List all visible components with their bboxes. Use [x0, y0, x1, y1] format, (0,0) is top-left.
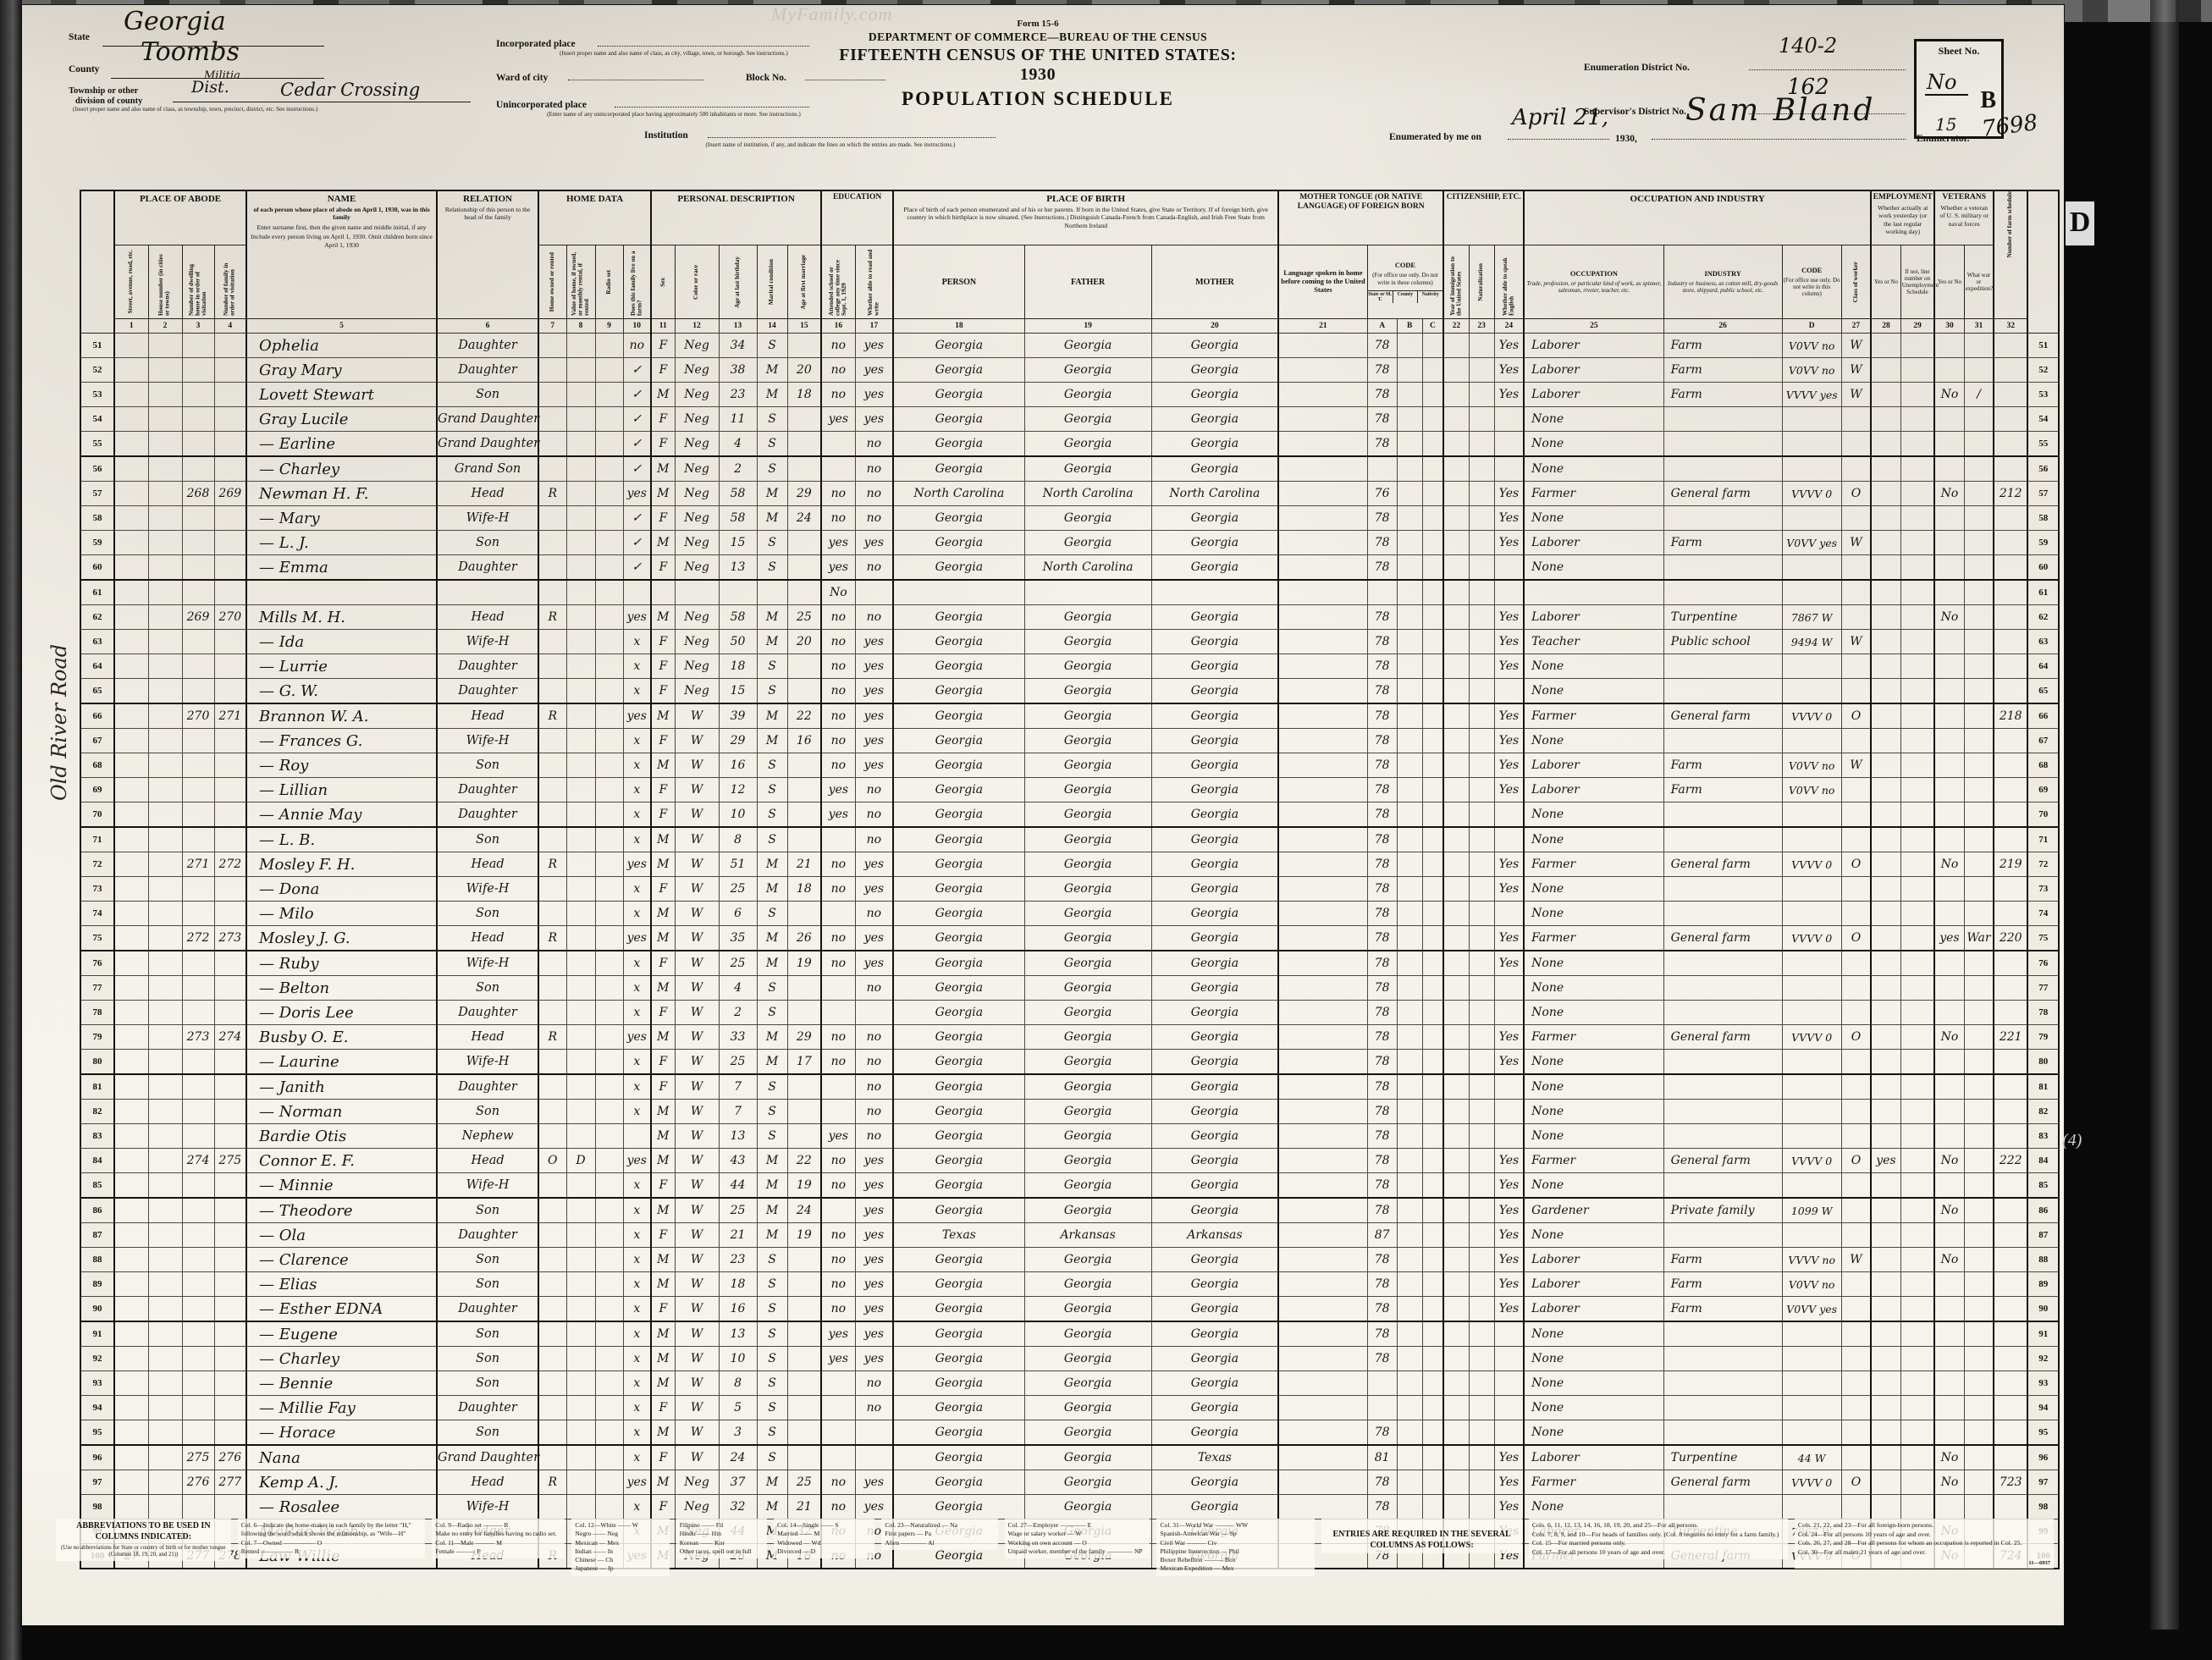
cell-yr — [1443, 902, 1469, 926]
footer-note-line: Hindu —— Hin — [680, 1530, 764, 1538]
cell-st — [114, 1321, 148, 1347]
line-number: 78 — [2027, 1001, 2059, 1025]
cell-fs: 220 — [1994, 926, 2027, 951]
cell-C — [1422, 1470, 1443, 1495]
cell-am — [787, 555, 821, 581]
cell-st — [114, 482, 148, 506]
stamp-number: 7698 — [1980, 110, 2038, 142]
cell-rd — [595, 778, 623, 802]
codeB-label: County — [1393, 290, 1418, 303]
cell-C — [1422, 1297, 1443, 1322]
cell-e1 — [1871, 1470, 1900, 1495]
col23-header: Naturalization — [1469, 245, 1494, 319]
cell-B — [1397, 605, 1422, 630]
cell-fs — [1994, 951, 2027, 976]
cell-v2 — [1964, 605, 1994, 630]
abbr-col-8: Col. 31—World War ——— WWSpanish-American… — [1156, 1519, 1315, 1576]
cell-e1 — [1871, 506, 1900, 531]
cell-e2 — [1900, 1272, 1934, 1297]
cell-fs — [1994, 1050, 2027, 1075]
cell-d — [182, 729, 214, 753]
cell-bp: Georgia — [893, 976, 1024, 1001]
cell-e1 — [1871, 902, 1900, 926]
column-number: B — [1397, 319, 1422, 334]
col2-header: House number (in cities or towns) — [148, 245, 182, 319]
cell-bf: Georgia — [1024, 827, 1151, 852]
cell-mr: S — [757, 1420, 787, 1446]
cell-d — [182, 1173, 214, 1199]
cell-na — [1469, 1124, 1494, 1149]
cell-rd — [595, 383, 623, 407]
cell-am: 25 — [787, 1470, 821, 1495]
cell-yr — [1443, 456, 1469, 482]
cell-cw — [1841, 1100, 1871, 1124]
group-place-of-abode: PLACE OF ABODE — [114, 190, 246, 245]
cell-v1 — [1934, 753, 1964, 778]
cell-d — [182, 334, 214, 358]
cell-oc: None — [1524, 802, 1663, 828]
cell-C — [1422, 1223, 1443, 1248]
cell-mr: S — [757, 334, 787, 358]
cell-bm: Georgia — [1151, 1074, 1278, 1100]
col22-header: Year of immigration to the United States — [1443, 245, 1469, 319]
cell-yr — [1443, 1025, 1469, 1050]
cell-d — [182, 654, 214, 679]
line-number: 91 — [80, 1321, 114, 1347]
line-number: 79 — [2027, 1025, 2059, 1050]
cell-en — [1494, 902, 1524, 926]
line-number: 58 — [80, 506, 114, 531]
cell-C — [1422, 555, 1443, 581]
cell-B — [1397, 334, 1422, 358]
cell-yr — [1443, 358, 1469, 383]
cell-rl: Head — [437, 1470, 538, 1495]
cell-sc: no — [821, 334, 855, 358]
cell-yr — [1443, 1445, 1469, 1470]
cell-f — [214, 753, 246, 778]
line-number: 79 — [80, 1025, 114, 1050]
cell-v2 — [1964, 753, 1994, 778]
schedule-row: 75272273Mosley J. G.HeadRyesMW35M26noyes… — [80, 926, 2059, 951]
schedule-row: 84274275Connor E. F.HeadODyesMW43M22noye… — [80, 1149, 2059, 1173]
cell-B — [1397, 456, 1422, 482]
cell-v2 — [1964, 1050, 1994, 1075]
cell-oc: None — [1524, 729, 1663, 753]
cell-rd — [595, 679, 623, 704]
column-number: C — [1422, 319, 1443, 334]
cell-bp: Georgia — [893, 334, 1024, 358]
cell-d: 268 — [182, 482, 214, 506]
cell-bf: Georgia — [1024, 334, 1151, 358]
census-sheet: MyFamily.com State Georgia County Toombs… — [22, 5, 2064, 1625]
line-col-header-right — [2027, 190, 2059, 334]
cell-e2 — [1900, 358, 1934, 383]
cell-am — [787, 580, 821, 605]
state-value: Georgia — [124, 7, 226, 36]
cell-cw: W — [1841, 531, 1871, 555]
cell-st — [114, 1001, 148, 1025]
cell-bf: Georgia — [1024, 654, 1151, 679]
cell-lg — [1278, 679, 1367, 704]
cell-sx: F — [651, 334, 675, 358]
cell-v1 — [1934, 703, 1964, 729]
cell-bf: Georgia — [1024, 877, 1151, 902]
cell-A: 78 — [1367, 1297, 1397, 1322]
cell-e2 — [1900, 703, 1934, 729]
cell-bf: Georgia — [1024, 407, 1151, 432]
footer-note-line: Col. 24—For all persons 10 years of age … — [1798, 1530, 2050, 1540]
cell-A: 81 — [1367, 1445, 1397, 1470]
cell-fs — [1994, 555, 2027, 581]
cell-mr: S — [757, 1100, 787, 1124]
cell-lg — [1278, 778, 1367, 802]
schedule-row: 88— ClarenceSonxMW23SnoyesGeorgiaGeorgia… — [80, 1248, 2059, 1272]
cell-rd — [595, 1025, 623, 1050]
cell-rw: yes — [855, 729, 893, 753]
cell-en — [1494, 1124, 1524, 1149]
cell-in: Farm — [1663, 1248, 1782, 1272]
cell-na — [1469, 334, 1494, 358]
line-number: 87 — [80, 1223, 114, 1248]
cell-bf: Georgia — [1024, 1149, 1151, 1173]
cell-vl — [566, 630, 595, 654]
cell-vl — [566, 902, 595, 926]
cell-D — [1782, 407, 1841, 432]
cell-rl: Grand Daughter — [437, 407, 538, 432]
cell-am: 24 — [787, 506, 821, 531]
cell-in — [1663, 1173, 1782, 1199]
cell-ag: 10 — [719, 1347, 757, 1371]
cell-C — [1422, 407, 1443, 432]
cell-bf: Georgia — [1024, 1198, 1151, 1223]
footer-note-line: Spanish-American War — Sp — [1160, 1530, 1311, 1538]
cell-oc: Gardener — [1524, 1198, 1663, 1223]
cell-na — [1469, 951, 1494, 976]
cell-am — [787, 432, 821, 457]
footer-note-line: Boxer Rebellion ——— Box — [1160, 1556, 1311, 1564]
cell-v2 — [1964, 703, 1994, 729]
cell-fs — [1994, 580, 2027, 605]
cell-hn — [148, 432, 182, 457]
cell-rl: Daughter — [437, 1396, 538, 1420]
cell-mr: S — [757, 976, 787, 1001]
cell-B — [1397, 1100, 1422, 1124]
cell-bm: Georgia — [1151, 926, 1278, 951]
cell-fs — [1994, 1371, 2027, 1396]
column-number: A — [1367, 319, 1397, 334]
cell-e1 — [1871, 1100, 1900, 1124]
census-title: FIFTEENTH CENSUS OF THE UNITED STATES: 1… — [826, 46, 1249, 85]
cell-A: 78 — [1367, 753, 1397, 778]
cell-vl — [566, 580, 595, 605]
cell-mr: S — [757, 902, 787, 926]
schedule-row: 58— MaryWife-H✓FNeg58M24nonoGeorgiaGeorg… — [80, 506, 2059, 531]
footer-note-line: Col. 15—For married persons only. — [1532, 1539, 1784, 1548]
cell-nm: — Esther EDNA — [246, 1297, 437, 1322]
cell-sc: no — [821, 383, 855, 407]
cell-sx: M — [651, 456, 675, 482]
cell-fm: yes — [623, 1149, 651, 1173]
line-number: 64 — [80, 654, 114, 679]
column-number: 16 — [821, 319, 855, 334]
cell-am — [787, 1371, 821, 1396]
cell-mr: S — [757, 432, 787, 457]
cell-f — [214, 1272, 246, 1297]
cell-lg — [1278, 729, 1367, 753]
cell-rl: Wife-H — [437, 951, 538, 976]
cell-lg — [1278, 1149, 1367, 1173]
cell-cl: W — [675, 827, 719, 852]
cell-st — [114, 1396, 148, 1420]
cell-oc: None — [1524, 1321, 1663, 1347]
cell-v2 — [1964, 1470, 1994, 1495]
state-label: State — [69, 32, 90, 42]
cell-e2 — [1900, 951, 1934, 976]
cell-ag: 35 — [719, 926, 757, 951]
cell-cl: Neg — [675, 555, 719, 581]
cell-e1 — [1871, 802, 1900, 828]
cell-rl: Daughter — [437, 778, 538, 802]
cell-lg — [1278, 1445, 1367, 1470]
cell-hn — [148, 456, 182, 482]
cell-hn — [148, 1248, 182, 1272]
cell-am: 21 — [787, 1495, 821, 1519]
column-number: 9 — [595, 319, 623, 334]
cell-A: 78 — [1367, 703, 1397, 729]
cell-e1 — [1871, 1445, 1900, 1470]
footer-note-line: Mexican Expedition — Mex — [1160, 1564, 1311, 1573]
footer-note-line: Other races, spell out in full — [680, 1547, 764, 1556]
line-number: 74 — [80, 902, 114, 926]
cell-cw — [1841, 976, 1871, 1001]
cell-oc: Teacher — [1524, 630, 1663, 654]
cell-cw — [1841, 506, 1871, 531]
cell-D: 1099 W — [1782, 1198, 1841, 1223]
cell-bf: Georgia — [1024, 630, 1151, 654]
cell-mr: M — [757, 926, 787, 951]
cell-ow — [538, 877, 566, 902]
cell-v2: War — [1964, 926, 1994, 951]
cell-ag: 8 — [719, 827, 757, 852]
cell-sc: yes — [821, 555, 855, 581]
line-number: 97 — [2027, 1470, 2059, 1495]
cell-f — [214, 654, 246, 679]
cell-v1 — [1934, 902, 1964, 926]
col29-header: If not, line number on Unemployment Sche… — [1900, 245, 1934, 319]
cell-v2 — [1964, 506, 1994, 531]
cell-lg — [1278, 1025, 1367, 1050]
cell-A: 78 — [1367, 1001, 1397, 1025]
cell-st — [114, 1445, 148, 1470]
cell-ag: 4 — [719, 432, 757, 457]
cell-yr — [1443, 1050, 1469, 1075]
cell-f — [214, 407, 246, 432]
cell-hn — [148, 1025, 182, 1050]
cell-fs — [1994, 827, 2027, 852]
cell-yr — [1443, 1001, 1469, 1025]
cell-D: VVVV 0 — [1782, 1470, 1841, 1495]
cell-rl: Son — [437, 1100, 538, 1124]
cell-fs — [1994, 605, 2027, 630]
cell-in: General farm — [1663, 852, 1782, 877]
cell-cl: W — [675, 778, 719, 802]
cell-v1 — [1934, 432, 1964, 457]
cell-mr: M — [757, 1223, 787, 1248]
group-citizenship: CITIZENSHIP, ETC. — [1443, 190, 1524, 245]
col27-header: Class of worker — [1841, 245, 1871, 319]
cell-bp: Georgia — [893, 407, 1024, 432]
cell-oc: None — [1524, 555, 1663, 581]
cell-vl — [566, 1347, 595, 1371]
col30-header: Yes or No — [1934, 245, 1964, 319]
margin-stamp-d: D — [2066, 201, 2094, 245]
cell-mr — [757, 580, 787, 605]
cell-st — [114, 1272, 148, 1297]
cell-cw: O — [1841, 1025, 1871, 1050]
cell-mr: S — [757, 1124, 787, 1149]
cell-rw: yes — [855, 1198, 893, 1223]
cell-hn — [148, 802, 182, 828]
cell-en: Yes — [1494, 1272, 1524, 1297]
cell-oc: Laborer — [1524, 358, 1663, 383]
footer-note-line: Cols. 7, 8, 9, and 10—For heads of famil… — [1532, 1530, 1784, 1540]
cell-D — [1782, 654, 1841, 679]
cell-bp: Georgia — [893, 1347, 1024, 1371]
cell-v1 — [1934, 1124, 1964, 1149]
cell-cw: W — [1841, 383, 1871, 407]
cell-f — [214, 1173, 246, 1199]
cell-fs — [1994, 729, 2027, 753]
cell-e1 — [1871, 778, 1900, 802]
cell-nm: — Janith — [246, 1074, 437, 1100]
cell-C — [1422, 1248, 1443, 1272]
cell-d — [182, 1074, 214, 1100]
cell-C — [1422, 1445, 1443, 1470]
cell-e2 — [1900, 1223, 1934, 1248]
cell-fm: x — [623, 778, 651, 802]
cell-D: VVVV no — [1782, 1248, 1841, 1272]
cell-en: Yes — [1494, 358, 1524, 383]
cell-d — [182, 951, 214, 976]
cell-en — [1494, 456, 1524, 482]
cell-cl: Neg — [675, 456, 719, 482]
cell-cw — [1841, 729, 1871, 753]
cell-oc: Farmer — [1524, 1470, 1663, 1495]
cell-oc: Laborer — [1524, 1297, 1663, 1322]
cell-rw: no — [855, 482, 893, 506]
line-number: 58 — [2027, 506, 2059, 531]
col1-header: Street, avenue, road, etc. — [114, 245, 148, 319]
cell-st — [114, 902, 148, 926]
cell-na — [1469, 877, 1494, 902]
cell-sx: M — [651, 753, 675, 778]
cell-A: 78 — [1367, 1149, 1397, 1173]
cell-yr — [1443, 926, 1469, 951]
cell-D — [1782, 976, 1841, 1001]
schedule-row: 66270271Brannon W. A.HeadRyesMW39M22noye… — [80, 703, 2059, 729]
cell-rd — [595, 630, 623, 654]
schedule-row: 95— HoraceSonxMW3SGeorgiaGeorgiaGeorgia7… — [80, 1420, 2059, 1446]
cell-sc: no — [821, 1173, 855, 1199]
cell-nm: — Theodore — [246, 1198, 437, 1223]
cell-B — [1397, 1074, 1422, 1100]
cell-f — [214, 555, 246, 581]
cell-yr — [1443, 630, 1469, 654]
cell-fm: x — [623, 1223, 651, 1248]
cell-sc: no — [821, 482, 855, 506]
cell-bp: Georgia — [893, 531, 1024, 555]
cell-ag: 6 — [719, 902, 757, 926]
cell-cl: Neg — [675, 432, 719, 457]
cell-st — [114, 926, 148, 951]
cell-sx: F — [651, 778, 675, 802]
cell-in — [1663, 1347, 1782, 1371]
cell-hn — [148, 753, 182, 778]
schedule-row: 80— LaurineWife-HxFW25M17nonoGeorgiaGeor… — [80, 1050, 2059, 1075]
cell-f — [214, 580, 246, 605]
cell-am — [787, 827, 821, 852]
county-value: Toombs — [141, 37, 240, 67]
cell-D — [1782, 1321, 1841, 1347]
population-schedule-table: PLACE OF ABODE NAME of each person whose… — [80, 190, 2060, 1569]
col7-header: Home owned or rented — [538, 245, 566, 319]
cell-oc: None — [1524, 1347, 1663, 1371]
cell-rl: Son — [437, 827, 538, 852]
cell-ow — [538, 1248, 566, 1272]
cell-rw — [855, 1445, 893, 1470]
col-farm-schedule-header: Number of farm schedule — [1994, 190, 2027, 319]
cell-B — [1397, 1347, 1422, 1371]
cell-v2 — [1964, 976, 1994, 1001]
cell-v2 — [1964, 1420, 1994, 1446]
cell-in: Farm — [1663, 383, 1782, 407]
cell-st — [114, 1198, 148, 1223]
cell-v2 — [1964, 456, 1994, 482]
cell-rw: yes — [855, 1297, 893, 1322]
cell-cl: W — [675, 1001, 719, 1025]
cell-en: Yes — [1494, 334, 1524, 358]
line-number: 82 — [2027, 1100, 2059, 1124]
cell-fm: yes — [623, 1025, 651, 1050]
cell-yr — [1443, 976, 1469, 1001]
cell-cw: W — [1841, 753, 1871, 778]
footer-note-line: Indian —— In — [575, 1547, 665, 1556]
footer-note-line: Female ——— F — [435, 1547, 561, 1556]
line-number: 54 — [2027, 407, 2059, 432]
cell-A: 78 — [1367, 630, 1397, 654]
cell-f — [214, 976, 246, 1001]
cell-sc: yes — [821, 1321, 855, 1347]
cell-e1 — [1871, 976, 1900, 1001]
cell-bm: Georgia — [1151, 778, 1278, 802]
cell-ag: 18 — [719, 1272, 757, 1297]
abbr-col-3: Col. 12—White —— WNegro —— NegMexican — … — [571, 1519, 669, 1576]
cell-vl: D — [566, 1149, 595, 1173]
cell-bm: Georgia — [1151, 407, 1278, 432]
cell-fm: ✓ — [623, 383, 651, 407]
cell-rw: yes — [855, 1321, 893, 1347]
cell-cw: O — [1841, 852, 1871, 877]
cell-rw: no — [855, 506, 893, 531]
cell-fm: x — [623, 1198, 651, 1223]
cell-rl: Wife-H — [437, 1495, 538, 1519]
cell-sc: No — [821, 580, 855, 605]
line-number: 94 — [2027, 1396, 2059, 1420]
column-number: 13 — [719, 319, 757, 334]
cell-B — [1397, 1272, 1422, 1297]
cell-fs: 219 — [1994, 852, 2027, 877]
cell-A — [1367, 1396, 1397, 1420]
